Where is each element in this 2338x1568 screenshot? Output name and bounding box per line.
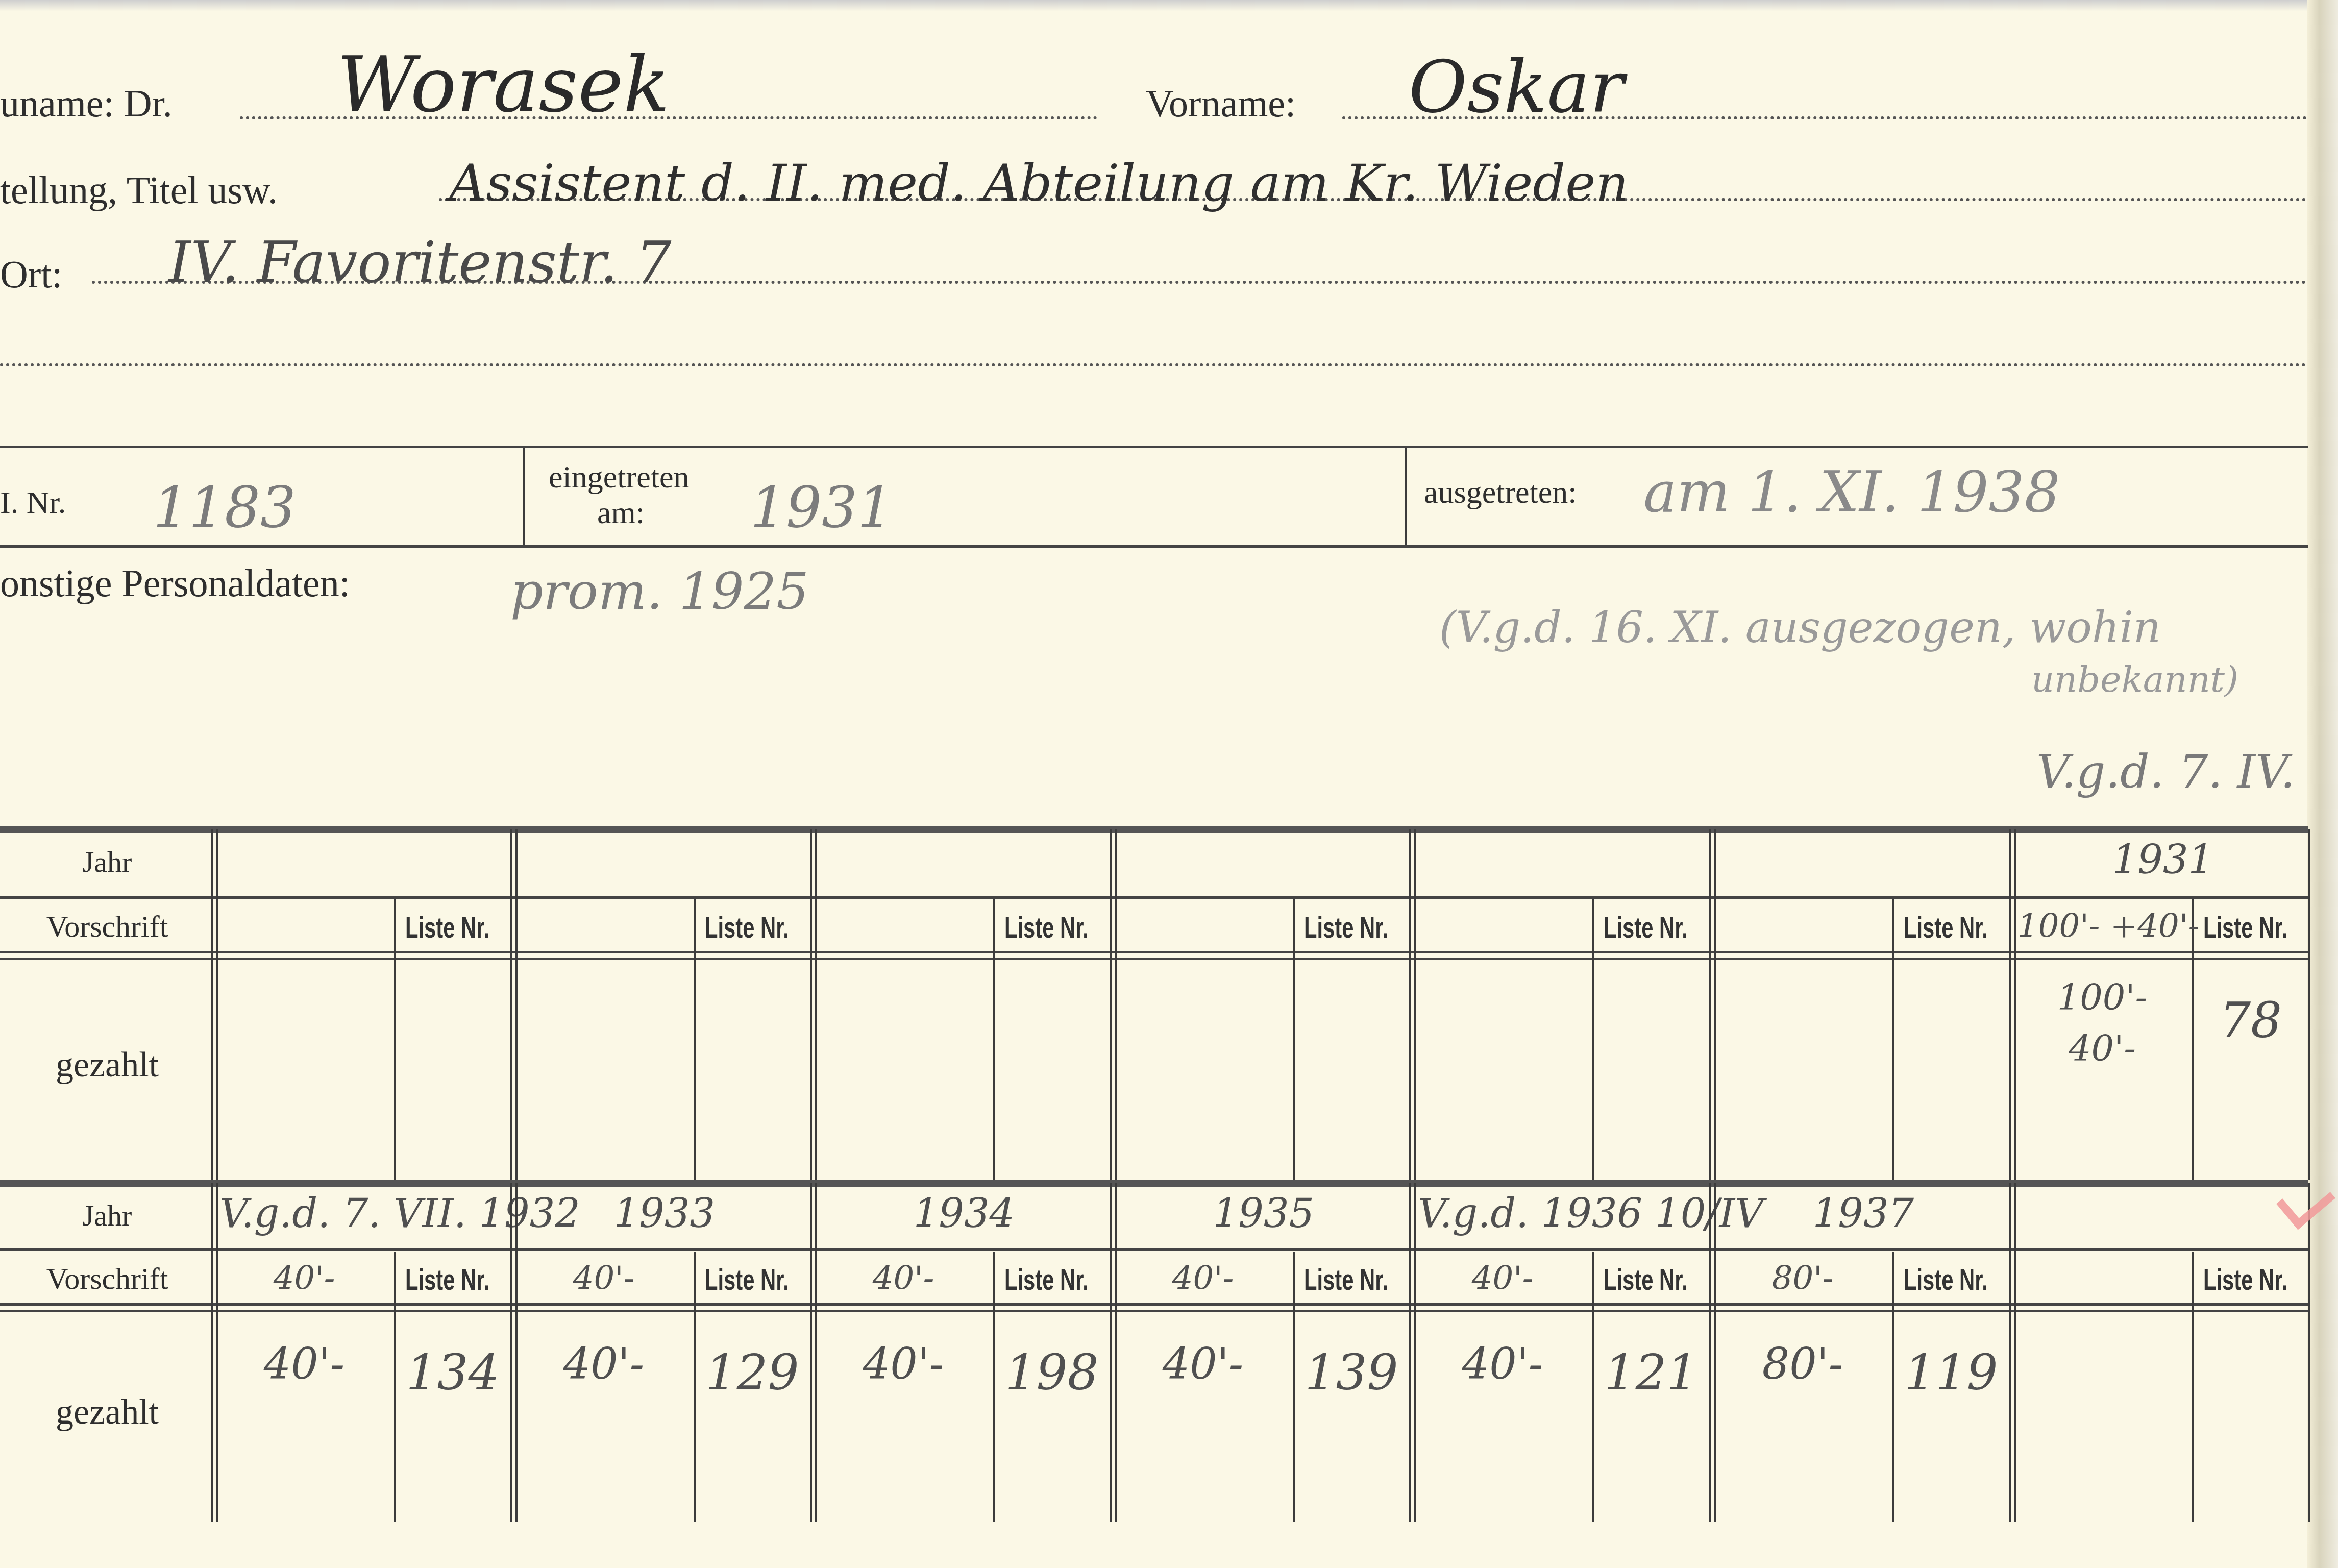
- table1-col-divider: [810, 829, 817, 1180]
- table1-list-no-cell: 78: [2197, 992, 2304, 1049]
- other-data-label: onstige Personaldaten:: [0, 561, 350, 606]
- table1-label-year: Jahr: [0, 845, 214, 879]
- table2-right-border: [2308, 1183, 2310, 1522]
- table2-list-no-cell: 129: [699, 1344, 806, 1401]
- position-label: tellung, Titel usw.: [0, 168, 278, 213]
- table1-paid-cell-line1: 100'-: [2017, 976, 2187, 1018]
- surname-label: uname: Dr.: [0, 82, 173, 126]
- table2-label-prescribed: Vorschrift: [0, 1261, 214, 1296]
- firstname-value: Oskar: [1409, 46, 1624, 129]
- table2-list-no-cell: 134: [399, 1344, 506, 1401]
- table2-list-divider: [1892, 1252, 1894, 1522]
- table2-label-year: Jahr: [0, 1198, 214, 1233]
- firstname-label: Vorname:: [1146, 82, 1296, 126]
- left-value: am 1. XI. 1938: [1643, 459, 2060, 525]
- table1-list-divider: [694, 899, 696, 1180]
- table1-prescribed-cell: 100'- +40'-: [2017, 908, 2187, 945]
- table2-list-no-header: Liste Nr.: [1904, 1263, 1988, 1297]
- table2-col-divider: [1110, 1183, 1117, 1522]
- table1-col-divider: [211, 829, 218, 1180]
- table2-paid-cell: 40'-: [819, 1339, 988, 1389]
- member-no-label: I. Nr.: [0, 485, 66, 521]
- table2-col-divider: [810, 1183, 817, 1522]
- table1-list-divider: [394, 899, 396, 1180]
- table2-list-no-header: Liste Nr.: [1304, 1263, 1388, 1297]
- place-label: Ort:: [0, 253, 62, 297]
- table1-col-divider: [1110, 829, 1117, 1180]
- table2-prescribed-cell: 40'-: [519, 1260, 688, 1297]
- table2-year-cell: V.g.d. 7. VII. 1932: [219, 1191, 510, 1237]
- table2-paid-cell: 40'-: [1118, 1339, 1288, 1389]
- left-label: ausgetreten:: [1424, 475, 1577, 511]
- table1-label-prescribed: Vorschrift: [0, 909, 214, 944]
- table1-list-divider: [1592, 899, 1594, 1180]
- note-line-1: (V.g.d. 16. XI. ausgezogen, wohin: [1439, 602, 2161, 652]
- joined-label-line2: am:: [597, 495, 645, 531]
- table2-list-no-header: Liste Nr.: [1604, 1263, 1688, 1297]
- table2-list-no-cell: 121: [1597, 1344, 1705, 1401]
- member-row-divider-1: [523, 448, 525, 545]
- member-row-top-rule: [0, 446, 2308, 448]
- table2-paid-cell: 40'-: [1418, 1339, 1587, 1389]
- table2-col-divider: [510, 1183, 518, 1522]
- table2-list-no-header: Liste Nr.: [405, 1263, 489, 1297]
- blank-dotted-line: [0, 363, 2307, 366]
- table1-list-divider: [993, 899, 995, 1180]
- member-no-value: 1183: [153, 475, 296, 540]
- table2-header-double-rule: [0, 1303, 2308, 1312]
- table2-col-divider: [1409, 1183, 1416, 1522]
- position-value: Assistent d. II. med. Abteilung am Kr. W…: [449, 153, 1629, 213]
- table2-year-divider: [0, 1248, 2308, 1251]
- table2-col-divider: [2009, 1183, 2016, 1522]
- note-2: V.g.d. 7. IV.: [2036, 745, 2295, 799]
- table2-col-divider: [211, 1183, 218, 1522]
- table1-list-no-header: Liste Nr.: [1904, 911, 1988, 945]
- table2-year-cell: 1935: [1118, 1191, 1409, 1237]
- table2-list-no-header: Liste Nr.: [2203, 1263, 2287, 1297]
- table1-list-divider: [1293, 899, 1295, 1180]
- table2-prescribed-cell: 40'-: [1118, 1260, 1288, 1297]
- table2-year-cell: V.g.d. 1936 10/IV: [1418, 1191, 1709, 1237]
- table2-year-cell: 1937: [1718, 1191, 2009, 1237]
- table2-list-no-header: Liste Nr.: [705, 1263, 789, 1297]
- table1-list-divider: [1892, 899, 1894, 1180]
- table2-list-divider: [394, 1252, 396, 1522]
- table2-prescribed-cell: 40'-: [219, 1260, 389, 1297]
- surname-value: Worasek: [337, 41, 670, 130]
- table1-col-divider: [1709, 829, 1716, 1180]
- table1-label-paid: gezahlt: [0, 1045, 214, 1086]
- table2-year-cell: 1934: [819, 1191, 1110, 1237]
- table2-list-no-header: Liste Nr.: [1004, 1263, 1089, 1297]
- table2-paid-cell: 40'-: [519, 1339, 688, 1389]
- member-row-bottom-rule: [0, 545, 2308, 548]
- table2-list-divider: [1592, 1252, 1594, 1522]
- table2-prescribed-cell: 40'-: [819, 1260, 988, 1297]
- table2-list-no-cell: 119: [1898, 1344, 2005, 1401]
- table2-list-divider: [993, 1252, 995, 1522]
- other-data-value: prom. 1925: [510, 561, 809, 621]
- table1-list-no-header: Liste Nr.: [1304, 911, 1388, 945]
- joined-label-line1: eingetreten: [549, 459, 689, 496]
- table2-list-no-cell: 139: [1298, 1344, 1405, 1401]
- member-row-divider-2: [1405, 448, 1407, 545]
- table1-list-no-header: Liste Nr.: [705, 911, 789, 945]
- place-value: IV. Favoritenstr. 7: [168, 230, 671, 295]
- table1-col-divider: [1409, 829, 1416, 1180]
- table2-col-divider: [1709, 1183, 1716, 1522]
- scan-right-edge: [2307, 0, 2338, 1568]
- table1-list-no-header: Liste Nr.: [2203, 911, 2287, 945]
- note-line-2: unbekannt): [2031, 658, 2238, 700]
- table2-list-no-cell: 198: [998, 1344, 1105, 1401]
- table2-prescribed-cell: 40'-: [1418, 1260, 1587, 1297]
- table1-col-divider: [2009, 829, 2016, 1180]
- table1-list-no-header: Liste Nr.: [1604, 911, 1688, 945]
- table2-top-rule: [0, 1180, 2308, 1187]
- table2-list-divider: [694, 1252, 696, 1522]
- table1-paid-cell-line2: 40'-: [2017, 1027, 2187, 1069]
- table1-header-double-rule: [0, 951, 2308, 960]
- joined-value: 1931: [750, 475, 893, 540]
- table2-prescribed-cell: 80'-: [1718, 1260, 1887, 1297]
- table2-paid-cell: 80'-: [1718, 1339, 1887, 1389]
- table2-list-divider: [2192, 1252, 2194, 1522]
- table1-right-border: [2308, 829, 2310, 1180]
- table2-label-paid: gezahlt: [0, 1392, 214, 1433]
- table2-year-cell: 1933: [519, 1191, 810, 1237]
- table1-year-cell: 1931: [2017, 837, 2308, 883]
- table1-col-divider: [510, 829, 518, 1180]
- table2-paid-cell: 40'-: [219, 1339, 389, 1389]
- scan-top-edge: [0, 0, 2338, 11]
- table2-list-divider: [1293, 1252, 1295, 1522]
- table1-year-divider: [0, 896, 2308, 899]
- table1-list-no-header: Liste Nr.: [405, 911, 489, 945]
- table1-list-no-header: Liste Nr.: [1004, 911, 1089, 945]
- table1-top-rule: [0, 826, 2308, 833]
